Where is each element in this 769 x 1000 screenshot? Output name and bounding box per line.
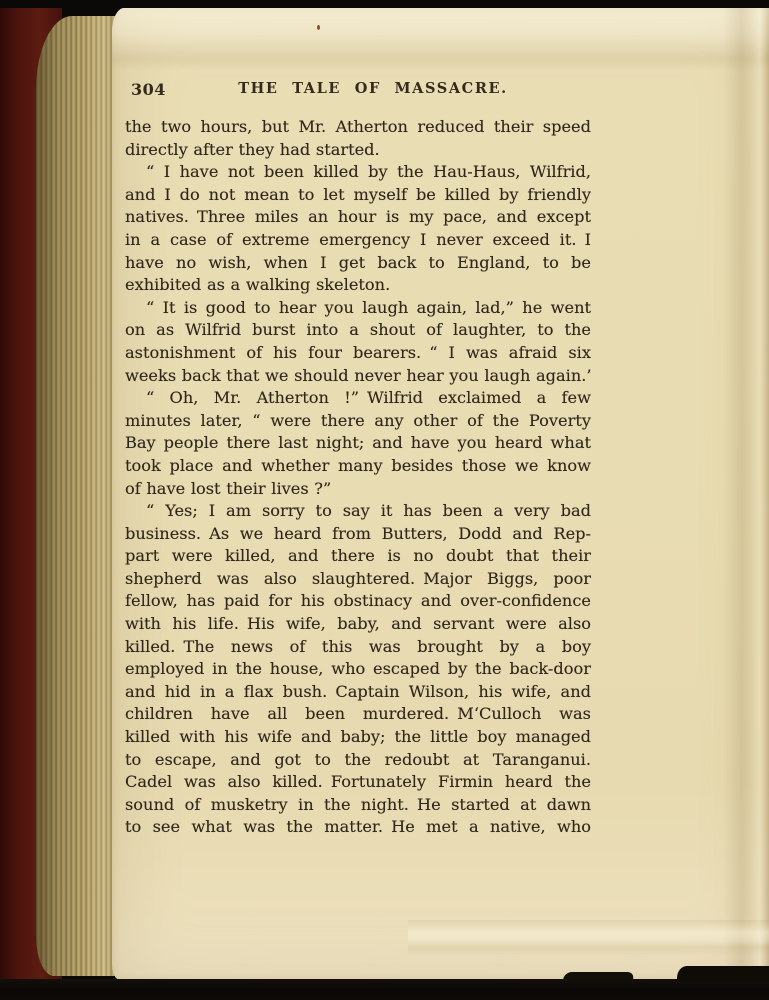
text-line: “ Oh, Mr. Atherton !” Wilfrid exclaimed … (125, 387, 591, 410)
page-number: 304 (131, 80, 166, 99)
text-line: “ Yes; I am sorry to say it has been a v… (125, 500, 591, 523)
text-line: shepherd was also slaughtered. Major Big… (125, 568, 591, 591)
text-line: Cadel was also killed. Fortunately Firmi… (125, 771, 591, 794)
text-line: employed in the house, who escaped by th… (125, 658, 591, 681)
text-line: killed with his wife and baby; the littl… (125, 726, 591, 749)
scan-frame-bottom (0, 979, 769, 1000)
text-line: weeks back that we should never hear you… (125, 365, 591, 388)
text-line: minutes later, “ were there any other of… (125, 410, 591, 433)
page-edge-stack (36, 16, 120, 976)
text-line: children have all been murdered. M‘Cullo… (125, 703, 591, 726)
book-stand-shape (563, 972, 636, 981)
running-title: THE TALE OF MASSACRE. (125, 80, 591, 97)
book-stand-shape (677, 966, 769, 982)
text-line: fellow, has paid for his obstinacy and o… (125, 590, 591, 613)
text-line: to escape, and got to the redoubt at Tar… (125, 749, 591, 772)
text-line: of have lost their lives ?” (125, 478, 591, 501)
text-line: part were killed, and there is no doubt … (125, 545, 591, 568)
text-line: took place and whether many besides thos… (125, 455, 591, 478)
scanned-book-photo: 304 THE TALE OF MASSACRE. the two hours,… (0, 0, 769, 1000)
page-bottom-fold-highlight (408, 920, 769, 956)
text-line: astonishment of his four bearers. “ I wa… (125, 342, 591, 365)
text-line: and I do not mean to let myself be kille… (125, 184, 591, 207)
text-line: natives. Three miles an hour is my pace,… (125, 206, 591, 229)
page-top-curve-highlight (112, 8, 769, 72)
text-line: sound of musketry in the night. He start… (125, 794, 591, 817)
text-line: exhibited as a walking skeleton. (125, 274, 591, 297)
text-line: have no wish, when I get back to England… (125, 252, 591, 275)
text-line: “ I have not been killed by the Hau-Haus… (125, 161, 591, 184)
text-line: directly after they had started. (125, 139, 591, 162)
text-line: killed. The news of this was brought by … (125, 636, 591, 659)
text-line: “ It is good to hear you laugh again, la… (125, 297, 591, 320)
text-line: to see what was the matter. He met a nat… (125, 816, 591, 839)
scan-frame-top (0, 0, 769, 8)
page-header: 304 THE TALE OF MASSACRE. (125, 80, 591, 102)
page-right-fold-shadow (723, 8, 769, 980)
text-line: Bay people there last night; and have yo… (125, 432, 591, 455)
text-line: with his life. His wife, baby, and serva… (125, 613, 591, 636)
text-line: the two hours, but Mr. Atherton reduced … (125, 116, 591, 139)
paper-speck (317, 25, 320, 30)
text-line: in a case of extreme emergency I never e… (125, 229, 591, 252)
text-line: business. As we heard from Butters, Dodd… (125, 523, 591, 546)
text-line: on as Wilfrid burst into a shout of laug… (125, 319, 591, 342)
page-body: the two hours, but Mr. Atherton reduced … (125, 116, 591, 839)
text-line: and hid in a flax bush. Captain Wilson, … (125, 681, 591, 704)
